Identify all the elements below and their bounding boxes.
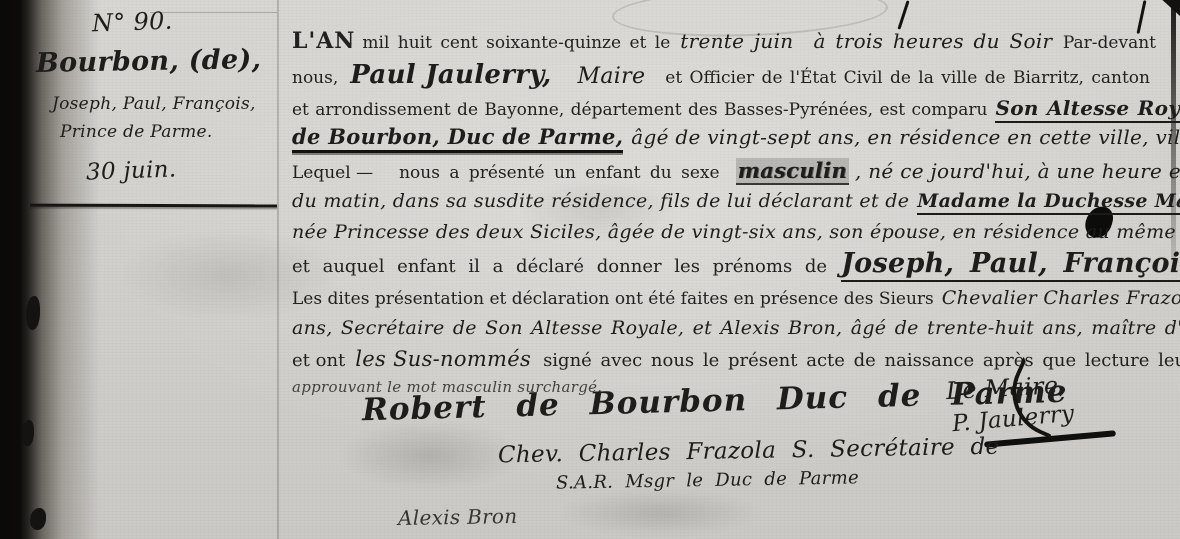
act-line-declarant: de Bourbon, Duc de Parme, âgé de vingt-s…: [292, 124, 1170, 153]
book-binding-edge: [0, 0, 100, 539]
act-line-enfant: Lequel — nous a présenté un enfant du se…: [292, 158, 1170, 185]
margin-act-number: N° 90.: [92, 7, 174, 38]
hand-age-residence: âgé de vingt-sept ans, en résidence en c…: [631, 125, 1180, 149]
hand-robert-title: Son Altesse Royale Robert 1er: [995, 96, 1180, 123]
hand-bourbon-parme: de Bourbon, Duc de Parme,: [292, 124, 623, 153]
hand-nee-princesse: née Princesse des deux Siciles, âgée de …: [292, 221, 1180, 243]
hand-mayor-name: Paul Jaulerry,: [350, 60, 551, 90]
printed-year: mil huit cent soixante-quinze et le: [362, 33, 670, 53]
hand-secretaire-bron: ans, Secrétaire de Son Altesse Royale, e…: [292, 317, 1180, 339]
act-line-opening: L'AN mil huit cent soixante-quinze et le…: [292, 28, 1170, 54]
margin-title: Prince de Parme.: [60, 122, 213, 142]
act-line-temoins-suite: ans, Secrétaire de Son Altesse Royale, e…: [292, 317, 1170, 339]
hand-masculin-surcharge: masculin: [736, 158, 849, 185]
printed-arrondissement: et arrondissement de Bayonne, départemen…: [292, 100, 987, 120]
margin-vertical-rule: [277, 0, 279, 539]
hand-maire: Maire: [578, 64, 646, 89]
page-corner-mark: [1158, 0, 1180, 16]
printed-signe-avec-nous: signé avec nous le présent acte de naiss…: [543, 350, 1180, 371]
printed-lequel: Lequel —: [292, 163, 373, 183]
bleed-through-smudge: [560, 490, 760, 536]
signature-frazola-line2: S.A.R. Msgr le Duc de Parme: [556, 467, 859, 493]
hand-frazola: Chevalier Charles Frazola, âgé de vingt-…: [942, 287, 1180, 309]
margin-date: 30 juin.: [86, 156, 177, 185]
act-line-mere: du matin, dans sa susdite résidence, fil…: [292, 190, 1170, 215]
bleed-through-smudge: [340, 420, 520, 490]
signature-frazola-line1: Chev. Charles Frazola S. Secrétaire de: [498, 434, 1000, 469]
act-line-princesse: née Princesse des deux Siciles, âgée de …: [292, 221, 1170, 243]
act-line-officer: nous, Paul Jaulerry, Maire et Officier d…: [292, 60, 1170, 90]
act-line-temoins: Les dites présentation et déclaration on…: [292, 287, 1170, 309]
hand-date: trente juin: [680, 29, 793, 53]
signature-alexis-bron: Alexis Bron: [398, 504, 518, 530]
printed-prenoms-intro: et auquel enfant il a déclaré donner les…: [292, 256, 827, 277]
hand-du-matin: du matin, dans sa susdite résidence, fil…: [292, 190, 909, 212]
margin-surname: Bourbon, (de),: [36, 44, 262, 79]
hand-ne-cejourdhui: , né ce jourd'hui, à une heure et demie: [855, 159, 1180, 183]
margin-given-names: Joseph, Paul, François,: [52, 94, 256, 114]
hand-prenoms: Joseph, Paul, François.: [841, 248, 1180, 282]
act-line-prenoms: et auquel enfant il a déclaré donner les…: [292, 248, 1170, 282]
hand-hour: à trois heures du Soir: [813, 29, 1052, 53]
hand-sus-nommes: les Sus-nommés: [355, 347, 531, 371]
printed-presence-sieurs: Les dites présentation et déclaration on…: [292, 289, 934, 309]
act-line-comparution: et arrondissement de Bayonne, départemen…: [292, 96, 1170, 123]
printed-et-ont: et ont: [292, 350, 345, 371]
printed-pardevant: Par-devant: [1063, 33, 1156, 53]
registry-page-scan: N° 90. Bourbon, (de), Joseph, Paul, Fran…: [0, 0, 1180, 539]
pen-stroke-mark: [897, 0, 909, 29]
printed-nous: nous,: [292, 68, 338, 88]
printed-lan: L'AN: [292, 28, 355, 54]
printed-officer-title: et Officier de l'État Civil de la ville …: [665, 68, 1150, 88]
printed-presente-enfant: nous a présenté un enfant du sexe: [399, 163, 720, 183]
hand-duchesse-marie-pie: Madame la Duchesse Marie Pie de Bour: [917, 190, 1180, 215]
